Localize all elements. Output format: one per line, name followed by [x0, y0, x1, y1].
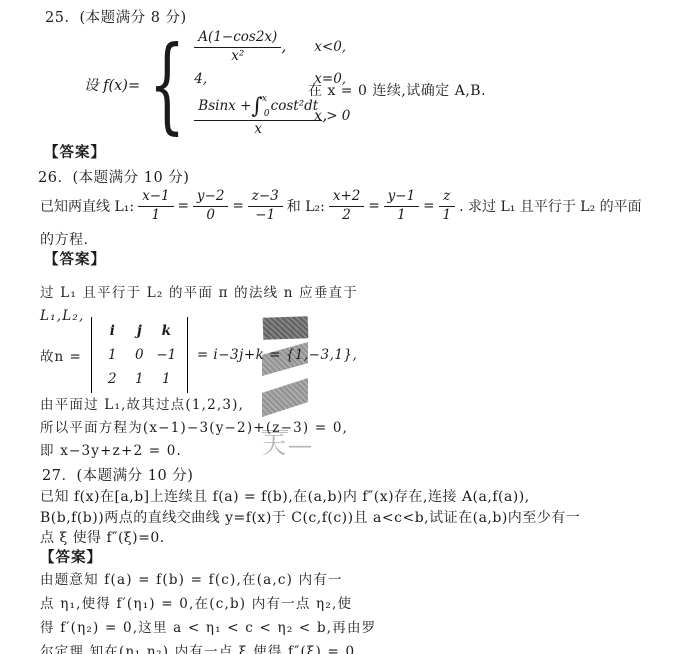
- answer-label-26: 【答案】: [44, 248, 106, 269]
- answer-27-line-4: 尔定理,知在(η₁,η₂) 内有一点 ξ,使得 f″(ξ) = 0.: [40, 640, 361, 654]
- left-brace: {: [149, 32, 185, 136]
- scanned-math-exam-page: 25．(本题满分 8 分) 设 f(x)= { A(1−cos2x)x², x<…: [0, 0, 676, 654]
- answer-26-line-5: 所以平面方程为(x−1)−3(y−2)+(z−3) = 0,: [40, 416, 348, 436]
- problem-27-title: 27．(本题满分 10 分): [42, 464, 193, 485]
- answer-26-line-1: 过 L₁ 且平行于 L₂ 的平面 π 的法线 n 应垂直于: [40, 281, 358, 301]
- fraction-x1: x−11: [138, 189, 174, 223]
- answer-27-line-1: 由题意知 f(a) = f(b) = f(c),在(a,c) 内有一: [40, 568, 343, 588]
- answer-27-line-3: 得 f′(η₂) = 0,这里 a < η₁ < c < η₂ < b,再由罗: [40, 616, 376, 636]
- determinant-lead: 故n =: [40, 345, 82, 365]
- case-3-fraction: Bsinx +∫x0cost²dtx: [194, 94, 322, 138]
- case-3: Bsinx +∫x0cost²dtx, x > 0: [194, 94, 350, 138]
- statement-mid: 和 L₂:: [287, 196, 325, 216]
- function-lead: 设 f(x)=: [84, 74, 140, 95]
- fraction-y2: y−20: [193, 189, 229, 223]
- fraction-z3: z−3−1: [248, 189, 283, 223]
- answer-26-line-6: 即 x−3y+z+2 = 0.: [40, 439, 182, 459]
- problem-26-statement-line-1: 已知两直线 L₁: x−11 = y−20 = z−3−1 和 L₂: x+22…: [40, 186, 642, 226]
- statement-post: . 求过 L₁ 且平行于 L₂ 的平面: [459, 196, 642, 216]
- problem-27-statement-line-3: 点 ξ 使得 f″(ξ)=0.: [40, 527, 165, 547]
- answer-label-25: 【答案】: [44, 141, 106, 162]
- problem-25-note: 在 x = 0 连续,试确定 A,B.: [308, 80, 486, 100]
- case-1-condition: x<0,: [314, 39, 350, 55]
- answer-label-27: 【答案】: [40, 546, 102, 567]
- problem-27-statement-line-1: 已知 f(x)在[a,b]上连续且 f(a) = f(b),在(a,b)内 f″…: [40, 486, 530, 506]
- fraction-x2: x+22: [329, 189, 365, 223]
- determinant-matrix: ijk 10−1 211: [91, 317, 188, 393]
- answer-27-line-2: 点 η₁,使得 f′(η₁) = 0,在(c,b) 内有一点 η₂,使: [40, 592, 352, 612]
- case-1-fraction: A(1−cos2x)x²: [194, 30, 281, 64]
- problem-26-statement-line-2: 的方程.: [40, 229, 88, 249]
- answer-26-line-4: 由平面过 L₁,故其过点(1,2,3),: [40, 393, 244, 413]
- fraction-z1: z1: [439, 189, 456, 223]
- statement-pre: 已知两直线 L₁:: [40, 196, 134, 216]
- problem-26-title: 26．(本题满分 10 分): [38, 166, 189, 187]
- determinant-result: = i−3j+k = {1,−3,1},: [197, 347, 358, 363]
- answer-26-determinant-row: 故n = ijk 10−1 211 = i−3j+k = {1,−3,1},: [40, 324, 357, 386]
- answer-26-line-2: L₁,L₂,: [40, 308, 85, 324]
- problem-27-statement-line-2: B(b,f(b))两点的直线交曲线 y=f(x)于 C(c,f(c))且 a<c…: [40, 507, 580, 527]
- fraction-y1: y−11: [384, 189, 420, 223]
- case-1: A(1−cos2x)x², x<0,: [194, 30, 350, 64]
- case-2-value: 4,: [194, 71, 314, 87]
- case-3-condition: x > 0: [314, 108, 350, 124]
